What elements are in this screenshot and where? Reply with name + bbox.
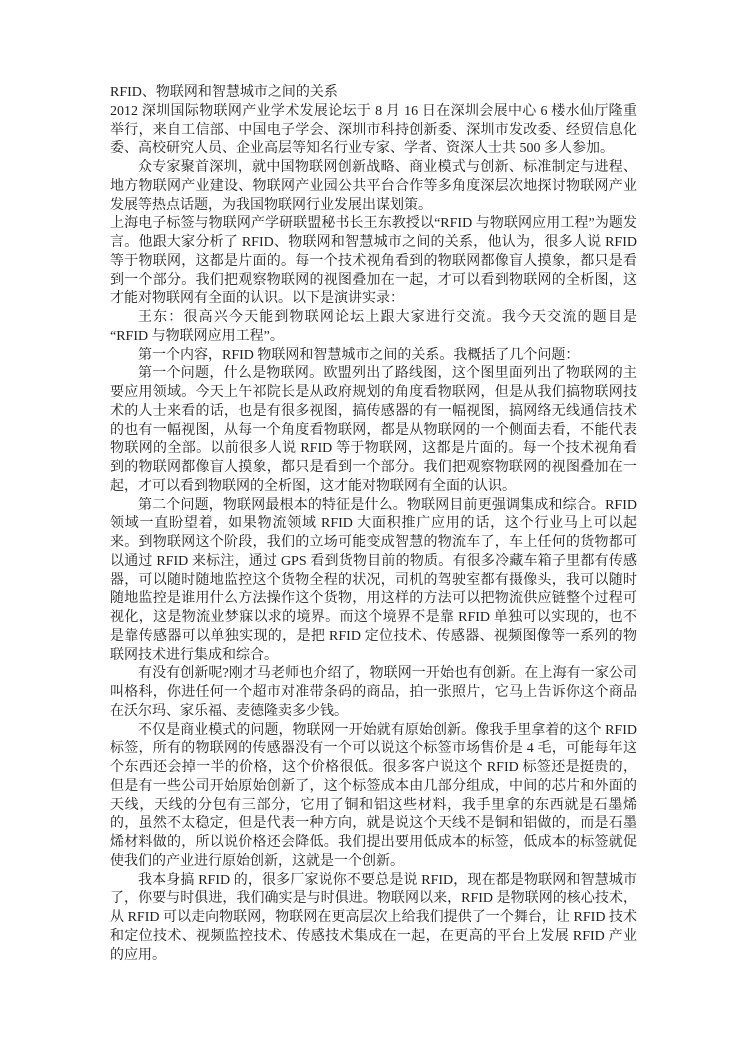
paragraph: 第一个问题，什么是物联网。欧盟列出了路线图，这个图里面列出了物联网的主要应用领域… (110, 365, 637, 496)
paragraph: 第二个问题，物联网最根本的特征是什么。物联网目前更强调集成和综合。RFID 领域… (110, 497, 637, 666)
paragraph: 众专家聚首深圳，就中国物联网创新战略、商业模式与创新、标准制定与进程、地方物联网… (110, 159, 637, 215)
document-page: RFID、物联网和智慧城市之间的关系 2012 深圳国际物联网产业学术发展论坛于… (0, 0, 744, 1052)
paragraph: 不仅是商业模式的问题，物联网一开始就有原始创新。像我手里拿着的这个 RFID 标… (110, 722, 637, 872)
document-title: RFID、物联网和智慧城市之间的关系 (110, 84, 637, 103)
paragraph: 有没有创新呢?刚才马老师也介绍了，物联网一开始也有创新。在上海有一家公司叫格科，… (110, 665, 637, 721)
document-body: 2012 深圳国际物联网产业学术发展论坛于 8 月 16 日在深圳会展中心 6 … (110, 103, 637, 966)
paragraph: 我本身搞 RFID 的，很多厂家说你不要总是说 RFID，现在都是物联网和智慧城… (110, 872, 637, 966)
paragraph: 王东：很高兴今天能到物联网论坛上跟大家进行交流。我今天交流的题目是“RFID 与… (110, 309, 637, 347)
paragraph: 2012 深圳国际物联网产业学术发展论坛于 8 月 16 日在深圳会展中心 6 … (110, 103, 637, 159)
paragraph: 第一个内容，RFID 物联网和智慧城市之间的关系。我概括了几个问题： (110, 347, 637, 366)
document-content: RFID、物联网和智慧城市之间的关系 2012 深圳国际物联网产业学术发展论坛于… (110, 84, 637, 965)
paragraph: 上海电子标签与物联网产学研联盟秘书长王东教授以“RFID 与物联网应用工程”为题… (110, 215, 637, 309)
